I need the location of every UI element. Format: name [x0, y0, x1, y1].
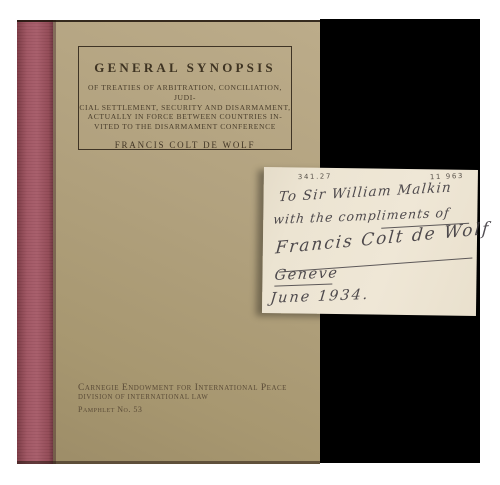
inscription-compliments: with the compliments of	[273, 205, 451, 227]
book-author: FRANCIS COLT DE WOLF	[79, 140, 291, 150]
subtitle-line-1: OF TREATIES OF ARBITRATION, CONCILIATION…	[79, 83, 291, 103]
pamphlet-number: Pamphlet No. 53	[78, 405, 287, 414]
inscription-place: Geneve	[274, 265, 339, 284]
spine-cover-crease	[53, 20, 56, 464]
book-photograph: GENERAL SYNOPSIS OF TREATIES OF ARBITRAT…	[0, 0, 500, 485]
subtitle-line-3: ACTUALLY IN FORCE BETWEEN COUNTRIES IN-	[79, 112, 291, 122]
publisher-imprint: Carnegie Endowment for International Pea…	[78, 383, 287, 414]
publisher-name: Carnegie Endowment for International Pea…	[78, 383, 287, 393]
book-subtitle: OF TREATIES OF ARBITRATION, CONCILIATION…	[79, 83, 291, 132]
inscription-dedication: To Sir William Malkin	[278, 180, 452, 206]
book-bottom-edge	[17, 461, 320, 464]
title-frame: GENERAL SYNOPSIS OF TREATIES OF ARBITRAT…	[78, 46, 292, 150]
inscription-page: 341.27 11 963 To Sir William Malkin with…	[262, 167, 478, 316]
inscription-date: June 1934.	[269, 287, 370, 307]
subtitle-line-4: VITED TO THE DISARMAMENT CONFERENCE	[79, 122, 291, 132]
publisher-division: DIVISION OF INTERNATIONAL LAW	[78, 394, 287, 401]
book-title: GENERAL SYNOPSIS	[79, 60, 291, 76]
place-underline	[274, 283, 332, 287]
catalog-number-left: 341.27	[298, 172, 332, 181]
subtitle-line-2: CIAL SETTLEMENT, SECURITY AND DISARMAMEN…	[79, 103, 291, 113]
book-spine	[17, 20, 53, 464]
book-top-edge	[17, 20, 320, 22]
